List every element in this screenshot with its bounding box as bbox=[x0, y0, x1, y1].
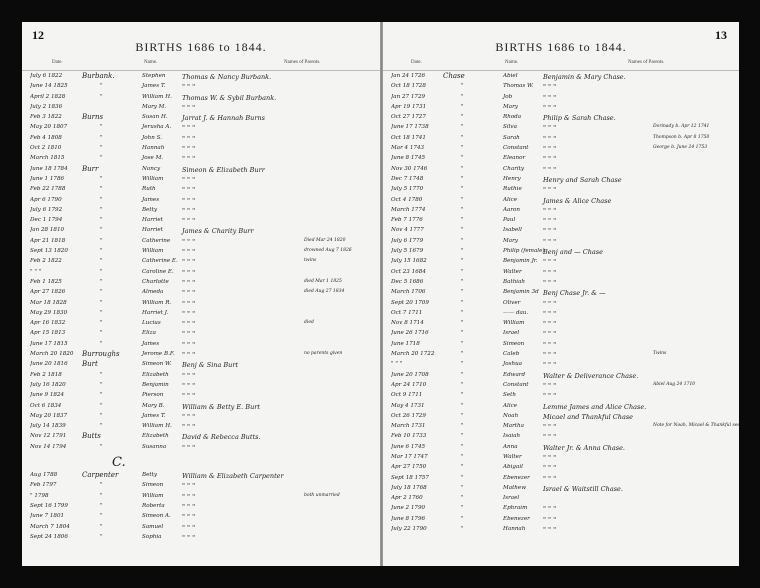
entry-name: Samuel bbox=[142, 524, 163, 530]
entry-surname: " bbox=[100, 444, 103, 450]
table-row: " 1798"William" " "both unmarried bbox=[22, 492, 380, 502]
table-row: Mar 18 1828"William R." " " bbox=[22, 299, 380, 309]
entry-date: July 16 1820 bbox=[30, 382, 82, 388]
entry-name: Anna bbox=[503, 444, 518, 450]
table-row: March 20 1820BurroughsJerome B.F." " "no… bbox=[22, 350, 380, 360]
table-row: Jan 24 1726ChaseAbielBenjamin & Mary Cha… bbox=[383, 72, 739, 82]
entry-surname: " bbox=[461, 300, 464, 306]
entry-parents: " " " bbox=[543, 124, 556, 132]
entry-name: Simeon A. bbox=[142, 513, 171, 519]
entry-surname: " bbox=[461, 382, 464, 388]
entry-name: Simeon bbox=[503, 341, 524, 347]
entry-date: March 7 1804 bbox=[30, 524, 82, 530]
entry-date: June 1 1786 bbox=[30, 176, 82, 182]
table-row: June 18 1784BurrNancySimeon & Elizabeth … bbox=[22, 165, 380, 175]
entry-date: June 8 1796 bbox=[391, 516, 443, 522]
table-row: Nov 12 1791ButtsElizabethDavid & Rebecca… bbox=[22, 432, 380, 442]
entry-parents: " " " bbox=[543, 475, 556, 483]
entry-name: William bbox=[142, 176, 163, 182]
entry-note: no parents given bbox=[304, 351, 342, 356]
entry-name: William bbox=[142, 493, 163, 499]
entry-parents: " " " bbox=[182, 413, 195, 421]
entry-date: Jan 27 1729 bbox=[391, 94, 443, 100]
table-row: March 1774"Aaron" " " bbox=[383, 206, 739, 216]
table-row: June 17 1738"Silva" " "Dorinady b. Apr 1… bbox=[383, 123, 739, 133]
table-row: Feb 22 1788"Ruth" " " bbox=[22, 185, 380, 195]
entry-name: Mary B. bbox=[142, 403, 165, 409]
entry-surname: " bbox=[461, 114, 464, 120]
entry-parents: " " " bbox=[182, 269, 195, 277]
entry-name: Mathew bbox=[503, 485, 526, 491]
entry-surname: " bbox=[100, 493, 103, 499]
page-title: BIRTHS 1686 to 1844. bbox=[22, 40, 380, 55]
entry-date: June 18 1784 bbox=[30, 166, 82, 172]
table-row: Nov 4 1777"Isabell" " " bbox=[383, 226, 739, 236]
entry-date: June 1718 bbox=[391, 341, 443, 347]
entry-date: June 14 1825 bbox=[30, 83, 82, 89]
entry-surname: " bbox=[461, 341, 464, 347]
entry-date: April 2 1828 bbox=[30, 94, 82, 100]
entry-surname: " bbox=[100, 534, 103, 540]
entry-surname: " bbox=[461, 124, 464, 130]
entry-surname: " bbox=[100, 300, 103, 306]
entry-name: William bbox=[142, 248, 163, 254]
entry-name: Israel bbox=[503, 330, 519, 336]
entry-date: July 22 1790 bbox=[391, 526, 443, 532]
entry-date: July 6 1779 bbox=[391, 238, 443, 244]
entry-date: March 1815 bbox=[30, 155, 82, 161]
entry-surname: " bbox=[461, 238, 464, 244]
entry-name: Ephraim bbox=[503, 505, 527, 511]
entry-name: Martha bbox=[503, 423, 524, 429]
entry-parents: " " " bbox=[182, 145, 195, 153]
entry-parents: " " " bbox=[543, 516, 556, 524]
entry-surname: " bbox=[461, 495, 464, 501]
entry-surname: " bbox=[100, 330, 103, 336]
entry-name: Walter bbox=[503, 269, 522, 275]
entry-note: died Mar 1 1825 bbox=[304, 279, 342, 284]
table-row: Feb 3 1822BurnsSusan H.Jarrat J. & Hanna… bbox=[22, 113, 380, 123]
table-row: Oct 26 1729"NoahMicael and Thankful Chas… bbox=[383, 412, 739, 422]
table-row: June 26 1716"Israel" " " bbox=[383, 329, 739, 339]
entry-surname: " bbox=[461, 392, 464, 398]
entry-name: John S. bbox=[142, 135, 162, 141]
entry-parents: " " " bbox=[182, 279, 195, 287]
table-row: March 1731"Martha" " "Note for Noah, Mic… bbox=[383, 422, 739, 432]
entry-name: Charlotte bbox=[142, 279, 169, 285]
entry-surname: " bbox=[100, 423, 103, 429]
entry-parents: " " " bbox=[543, 464, 556, 472]
entry-name: Caroline E. bbox=[142, 269, 174, 275]
entry-parents: " " " bbox=[182, 423, 195, 431]
entry-date: July 14 1839 bbox=[30, 423, 82, 429]
entry-parents: Lemme James and Alice Chase. bbox=[543, 403, 646, 411]
entry-date: March 1706 bbox=[391, 289, 443, 295]
entry-name: Alice bbox=[503, 403, 517, 409]
entry-surname: " bbox=[100, 372, 103, 378]
entry-parents: Micael and Thankful Chase bbox=[543, 413, 633, 421]
entry-date: Oct 27 1727 bbox=[391, 114, 443, 120]
entry-parents: " " " bbox=[182, 238, 195, 246]
entry-parents: " " " bbox=[182, 289, 195, 297]
table-row: June 7 1801"Simeon A." " " bbox=[22, 512, 380, 522]
table-row: Dec 7 1748"HenryHenry and Sarah Chase bbox=[383, 175, 739, 185]
entry-parents: " " " bbox=[543, 279, 556, 287]
entry-surname: " bbox=[461, 413, 464, 419]
entry-name: Ruthie bbox=[503, 186, 522, 192]
entry-date: Jan 24 1726 bbox=[391, 73, 443, 79]
table-row: March 1815"Jose M." " " bbox=[22, 154, 380, 164]
table-row: " " ""Joshua" " " bbox=[383, 360, 739, 370]
entry-date: Dec 7 1748 bbox=[391, 176, 443, 182]
entry-parents: " " " bbox=[182, 534, 195, 542]
entry-parents: Philip & Sarah Chase. bbox=[543, 114, 616, 122]
entry-date: Mar 4 1743 bbox=[391, 145, 443, 151]
entry-parents: " " " bbox=[182, 207, 195, 215]
entry-name: Abiel bbox=[503, 73, 518, 79]
entry-surname: " bbox=[461, 485, 464, 491]
entry-note: Note for Noah, Micael & Thankful see pag… bbox=[653, 423, 739, 428]
entry-name: Almeda bbox=[142, 289, 163, 295]
entry-parents: Walter & Deliverance Chase. bbox=[543, 372, 638, 380]
entry-name: Abigail bbox=[503, 464, 523, 470]
entry-name: Bathiah bbox=[503, 279, 525, 285]
entry-surname: Burbank. bbox=[82, 72, 115, 80]
entry-name: Mary bbox=[503, 238, 518, 244]
entry-date: " " " bbox=[30, 269, 82, 275]
table-row: Sept 16 1799"Roberta" " " bbox=[22, 502, 380, 512]
left-page: 12 BIRTHS 1686 to 1844. Date. Name. Name… bbox=[22, 22, 381, 566]
entry-surname: " bbox=[461, 454, 464, 460]
entry-surname: Burroughs bbox=[82, 350, 120, 358]
entry-surname: " bbox=[100, 524, 103, 530]
table-row: July 6 1822Burbank.StephenThomas & Nancy… bbox=[22, 72, 380, 82]
entry-surname: " bbox=[100, 94, 103, 100]
entry-note: Abiel Aug 24 1710 bbox=[653, 382, 695, 387]
table-row: Sept 24 1806"Sophia" " " bbox=[22, 533, 380, 543]
entry-date: Sept 18 1757 bbox=[391, 475, 443, 481]
entry-name: Constant bbox=[503, 382, 529, 388]
entry-parents: " " " bbox=[182, 176, 195, 184]
entry-note: drowned Aug 7 1826 bbox=[304, 248, 352, 253]
entry-surname: " bbox=[461, 320, 464, 326]
entry-parents: " " " bbox=[543, 310, 556, 318]
entry-date: June 9 1824 bbox=[30, 392, 82, 398]
entry-surname: " bbox=[461, 289, 464, 295]
entry-surname: " bbox=[100, 320, 103, 326]
entry-surname: " bbox=[100, 83, 103, 89]
entry-surname: " bbox=[461, 310, 464, 316]
table-row: March 1706"Benjamin 3dBenj Chase Jr. & — bbox=[383, 288, 739, 298]
table-row: Oct 9 1711"Seth" " " bbox=[383, 391, 739, 401]
table-row: Sept 13 1820"William" " "drowned Aug 7 1… bbox=[22, 247, 380, 257]
entry-surname: " bbox=[100, 289, 103, 295]
entry-parents: " " " bbox=[182, 351, 195, 359]
entry-name: Joshua bbox=[503, 361, 522, 367]
entry-name: Harriet J. bbox=[142, 310, 168, 316]
entry-date: Nov 14 1794 bbox=[30, 444, 82, 450]
entry-date: Feb 3 1822 bbox=[30, 114, 82, 120]
entry-surname: Carpenter bbox=[82, 471, 118, 479]
entry-parents: Thomas & Nancy Burbank. bbox=[182, 73, 271, 81]
entry-parents: " " " bbox=[543, 83, 556, 91]
entry-surname: " bbox=[461, 104, 464, 110]
entry-surname: Burr bbox=[82, 165, 98, 173]
entry-parents: " " " bbox=[543, 186, 556, 194]
entry-surname: " bbox=[100, 269, 103, 275]
entry-parents: " " " bbox=[182, 382, 195, 390]
entry-parents: " " " bbox=[182, 503, 195, 511]
entry-name: Simeon bbox=[142, 482, 163, 488]
entry-list-c: Aug 1788CarpenterBettyWilliam & Elizabet… bbox=[22, 471, 380, 543]
entry-note: Died Mar 24 1820 bbox=[304, 238, 346, 243]
entry-date: May 29 1830 bbox=[30, 310, 82, 316]
entry-name: Alice bbox=[503, 197, 517, 203]
entry-parents: " " " bbox=[182, 83, 195, 91]
entry-name: Betty bbox=[142, 472, 157, 478]
entry-surname: " bbox=[461, 330, 464, 336]
entry-parents: " " " bbox=[543, 392, 556, 400]
table-row: July 6 1779"Mary" " " bbox=[383, 237, 739, 247]
entry-date: Nov 8 1714 bbox=[391, 320, 443, 326]
column-header-date: Date. bbox=[52, 60, 63, 65]
table-row: Apr 21 1818"Catherine" " "Died Mar 24 18… bbox=[22, 237, 380, 247]
entry-date: May 20 1807 bbox=[30, 124, 82, 130]
entry-parents: " " " bbox=[182, 258, 195, 266]
table-row: April 2 1828"William H.Thomas W. & Sybil… bbox=[22, 93, 380, 103]
entry-surname: " bbox=[461, 372, 464, 378]
entry-date: June 6 1745 bbox=[391, 444, 443, 450]
entry-list: July 6 1822Burbank.StephenThomas & Nancy… bbox=[22, 72, 380, 453]
entry-name: Simeon W. bbox=[142, 361, 172, 367]
entry-surname: " bbox=[461, 526, 464, 532]
entry-parents: David & Rebecca Butts. bbox=[182, 433, 260, 441]
table-row: July 18 1768"MathewIsrael & Waitstill Ch… bbox=[383, 484, 739, 494]
table-row: Jan 28 1810"HarrietJames & Charity Burr bbox=[22, 226, 380, 236]
entry-parents: " " " bbox=[182, 372, 195, 380]
table-row: Oct 27 1727"RhodaPhilip & Sarah Chase. bbox=[383, 113, 739, 123]
entry-parents: James & Charity Burr bbox=[182, 227, 254, 235]
entry-name: James T. bbox=[142, 413, 166, 419]
entry-surname: Burns bbox=[82, 113, 103, 121]
table-row: Oct 4 1780"AliceJames & Alice Chase bbox=[383, 196, 739, 206]
entry-date: Apr 27 1826 bbox=[30, 289, 82, 295]
entry-parents: " " " bbox=[543, 94, 556, 102]
entry-date: June 2 1790 bbox=[391, 505, 443, 511]
entry-name: Eleanor bbox=[503, 155, 525, 161]
entry-parents: " " " bbox=[543, 361, 556, 369]
table-row: June 1 1786"William" " " bbox=[22, 175, 380, 185]
entry-name: Roberta bbox=[142, 503, 165, 509]
entry-surname: " bbox=[100, 155, 103, 161]
entry-parents: " " " bbox=[543, 382, 556, 390]
entry-date: June 17 1815 bbox=[30, 341, 82, 347]
entry-date: Feb 4 1808 bbox=[30, 135, 82, 141]
entry-name: Constant bbox=[503, 145, 529, 151]
entry-surname: " bbox=[461, 145, 464, 151]
entry-parents: " " " bbox=[543, 238, 556, 246]
table-row: June 20 1708"EdwardWalter & Deliverance … bbox=[383, 371, 739, 381]
entry-date: March 1731 bbox=[391, 423, 443, 429]
entry-name: Benjamin Jr. bbox=[503, 258, 538, 264]
table-row: Apr 16 1832"Lucius" " "died bbox=[22, 319, 380, 329]
entry-name: Silva bbox=[503, 124, 517, 130]
entry-parents: " " " bbox=[182, 300, 195, 308]
entry-surname: " bbox=[100, 207, 103, 213]
entry-name: Ruth bbox=[142, 186, 156, 192]
entry-note: Twins bbox=[653, 351, 666, 356]
table-row: Oct 23 1684"Walter" " " bbox=[383, 268, 739, 278]
entry-parents: " " " bbox=[543, 166, 556, 174]
entry-parents: " " " bbox=[543, 454, 556, 462]
entry-name: Stephen bbox=[142, 73, 166, 79]
entry-name: Jose M. bbox=[142, 155, 163, 161]
entry-date: May 4 1731 bbox=[391, 403, 443, 409]
entry-date: Oct 2 1810 bbox=[30, 145, 82, 151]
entry-name: Aaron bbox=[503, 207, 520, 213]
entry-parents: " " " bbox=[182, 341, 195, 349]
entry-date: June 17 1738 bbox=[391, 124, 443, 130]
entry-date: Feb 22 1788 bbox=[30, 186, 82, 192]
entry-date: Apr 24 1710 bbox=[391, 382, 443, 388]
entry-parents: " " " bbox=[543, 155, 556, 163]
entry-parents: William & Elizabeth Carpenter bbox=[182, 472, 284, 480]
entry-surname: " bbox=[100, 145, 103, 151]
entry-surname: " bbox=[461, 464, 464, 470]
table-row: July 2 1836Mary M." " " bbox=[22, 103, 380, 113]
entry-name: Jerusha A. bbox=[142, 124, 171, 130]
table-row: Oct 6 1834"Mary B.William & Betty E. Bur… bbox=[22, 402, 380, 412]
table-row: Feb 1 1825"Charlotte" " "died Mar 1 1825 bbox=[22, 278, 380, 288]
entry-date: Apr 27 1750 bbox=[391, 464, 443, 470]
entry-surname: " bbox=[461, 248, 464, 254]
entry-note: Dorinady b. Apr 12 1741 bbox=[653, 124, 709, 129]
entry-surname: " bbox=[461, 423, 464, 429]
entry-surname: " bbox=[461, 516, 464, 522]
table-row: June 6 1745"AnnaWalter Jr. & Anna Chase. bbox=[383, 443, 739, 453]
entry-date: Sept 13 1820 bbox=[30, 248, 82, 254]
entry-surname: " bbox=[461, 361, 464, 367]
entry-date: Sept 20 1709 bbox=[391, 300, 443, 306]
entry-surname: " bbox=[100, 310, 103, 316]
entry-note: Thompson b. Apr 8 1750 bbox=[653, 135, 709, 140]
entry-date: Oct 23 1684 bbox=[391, 269, 443, 275]
table-row: July 6 1792"Betty" " " bbox=[22, 206, 380, 216]
entry-surname: " bbox=[461, 186, 464, 192]
entry-name: Sophia bbox=[142, 534, 162, 540]
entry-surname: " bbox=[100, 413, 103, 419]
table-row: Dec 5 1686"Bathiah" " " bbox=[383, 278, 739, 288]
table-row: Mar 4 1743"Constant" " "George b. June 2… bbox=[383, 144, 739, 154]
entry-date: July 15 1682 bbox=[391, 258, 443, 264]
entry-parents: " " " bbox=[182, 513, 195, 521]
entry-surname: " bbox=[100, 279, 103, 285]
entry-date: Mar 17 1747 bbox=[391, 454, 443, 460]
entry-note: George b. June 24 1753 bbox=[653, 145, 707, 150]
column-headers: Date. Name. Names of Parents. bbox=[22, 58, 380, 71]
entry-date: Sept 24 1806 bbox=[30, 534, 82, 540]
entry-date: Mar 18 1828 bbox=[30, 300, 82, 306]
entry-name: Rhoda bbox=[503, 114, 521, 120]
entry-date: July 18 1768 bbox=[391, 485, 443, 491]
entry-parents: " " " bbox=[543, 269, 556, 277]
entry-name: Henry bbox=[503, 176, 521, 182]
entry-surname: " bbox=[461, 166, 464, 172]
entry-name: Elizabeth bbox=[142, 433, 169, 439]
entry-parents: Simeon & Elizabeth Burr bbox=[182, 166, 265, 174]
table-row: July 5 1679"Philip (female)Benj and — Ch… bbox=[383, 247, 739, 257]
table-row: July 14 1839"William H." " " bbox=[22, 422, 380, 432]
entry-surname: " bbox=[100, 513, 103, 519]
entry-name: William H. bbox=[142, 423, 172, 429]
entry-parents: " " " bbox=[182, 444, 195, 452]
table-row: Nov 30 1746"Charity" " " bbox=[383, 165, 739, 175]
entry-name: Mary bbox=[503, 104, 518, 110]
entry-surname: " bbox=[100, 382, 103, 388]
entry-parents: Walter Jr. & Anna Chase. bbox=[543, 444, 625, 452]
entry-parents: " " " bbox=[543, 300, 556, 308]
entry-date: March 20 1820 bbox=[30, 351, 82, 357]
entry-parents: " " " bbox=[543, 258, 556, 266]
table-row: Apr 19 1731"Mary" " " bbox=[383, 103, 739, 113]
entry-date: Apr 15 1813 bbox=[30, 330, 82, 336]
entry-name: William H. bbox=[142, 94, 172, 100]
entry-name: Oliver bbox=[503, 300, 520, 306]
entry-name: Job bbox=[503, 94, 512, 100]
entry-surname: " bbox=[461, 227, 464, 233]
entry-note: died Aug 27 1834 bbox=[304, 289, 344, 294]
column-header-name: Name. bbox=[505, 60, 518, 65]
entry-name: Catherine E. bbox=[142, 258, 178, 264]
entry-date: Jan 28 1810 bbox=[30, 227, 82, 233]
table-row: May 29 1830"Harriet J." " " bbox=[22, 309, 380, 319]
entry-parents: " " " bbox=[543, 351, 556, 359]
entry-name: James bbox=[142, 341, 159, 347]
entry-date: July 6 1792 bbox=[30, 207, 82, 213]
entry-date: Oct 26 1729 bbox=[391, 413, 443, 419]
entry-name: Elizabeth bbox=[142, 372, 169, 378]
entry-surname: " bbox=[100, 341, 103, 347]
entry-surname: " bbox=[461, 135, 464, 141]
entry-date: March 20 1722 bbox=[391, 351, 443, 357]
table-row: June 14 1825"James T." " " bbox=[22, 82, 380, 92]
entry-surname: " bbox=[100, 392, 103, 398]
table-row: Oct 7 1711"—— dau." " " bbox=[383, 309, 739, 319]
entry-parents: " " " bbox=[543, 341, 556, 349]
entry-name: Harriet bbox=[142, 227, 163, 233]
entry-parents: Benj and — Chase bbox=[543, 248, 603, 256]
table-row: Nov 14 1794"Susanna" " " bbox=[22, 443, 380, 453]
entry-name: Philip (female) bbox=[503, 248, 545, 254]
entry-name: James bbox=[142, 197, 159, 203]
entry-parents: Benjamin & Mary Chase. bbox=[543, 73, 626, 81]
entry-date: Apr 19 1731 bbox=[391, 104, 443, 110]
entry-parents: " " " bbox=[182, 493, 195, 501]
entry-surname: " bbox=[100, 503, 103, 509]
entry-date: Feb 1 1825 bbox=[30, 279, 82, 285]
table-row: July 16 1820"Benjamin" " " bbox=[22, 381, 380, 391]
entry-date: Oct 9 1711 bbox=[391, 392, 443, 398]
entry-parents: " " " bbox=[543, 423, 556, 431]
entry-date: Oct 6 1834 bbox=[30, 403, 82, 409]
entry-date: Nov 30 1746 bbox=[391, 166, 443, 172]
column-header-parents: Names of Parents. bbox=[628, 60, 665, 65]
entry-parents: " " " bbox=[543, 104, 556, 112]
table-row: June 20 1816BurtSimeon W.Benj & Sina Bur… bbox=[22, 360, 380, 370]
entry-date: June 20 1708 bbox=[391, 372, 443, 378]
entry-date: July 6 1822 bbox=[30, 73, 82, 79]
table-row: July 5 1770"Ruthie" " " bbox=[383, 185, 739, 195]
